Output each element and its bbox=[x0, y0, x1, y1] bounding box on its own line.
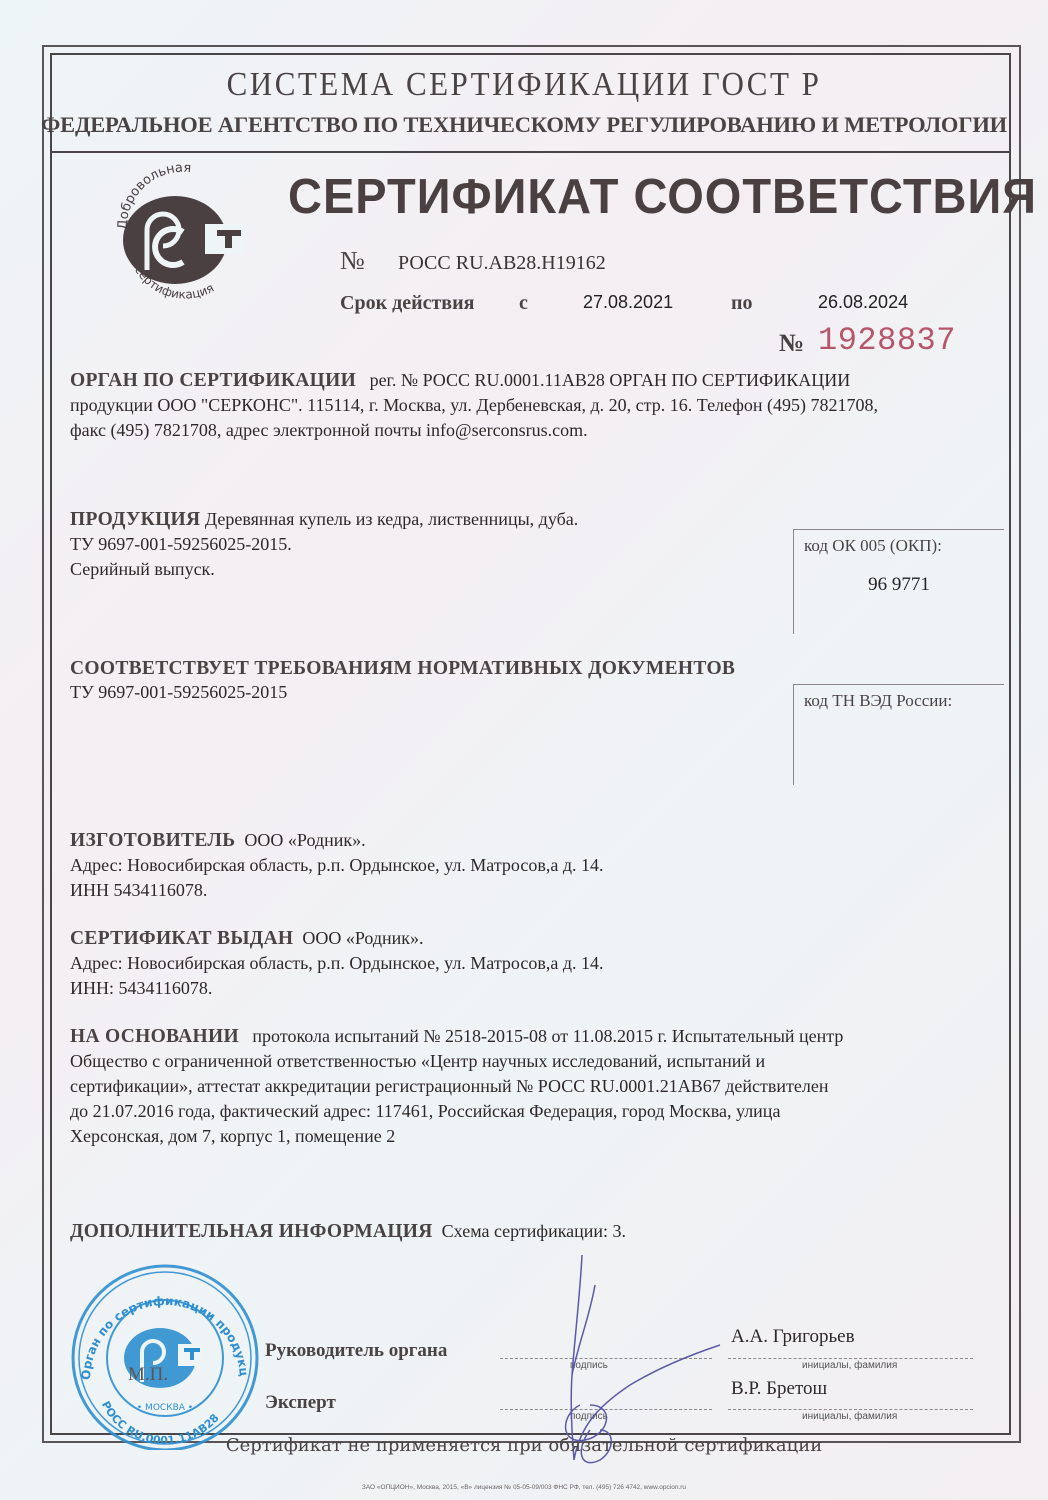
okp-code-value: 96 9771 bbox=[794, 574, 1004, 596]
header-divider bbox=[50, 151, 1011, 153]
certification-body-line1: рег. № РОСС RU.0001.11АВ28 ОРГАН ПО СЕРТ… bbox=[370, 370, 851, 390]
additional-info-label: ДОПОЛНИТЕЛЬНАЯ ИНФОРМАЦИЯ bbox=[70, 1221, 433, 1242]
product-spec: ТУ 9697-001-59256025-2015. bbox=[70, 532, 790, 557]
official-seal-icon: Орган по сертификации продукции ООО "СЕР… bbox=[60, 1260, 270, 1450]
additional-info-section: ДОПОЛНИТЕЛЬНАЯ ИНФОРМАЦИЯ Схема сертифик… bbox=[70, 1219, 870, 1244]
tnved-code-box: код ТН ВЭД России: bbox=[793, 684, 1004, 785]
basis-label: НА ОСНОВАНИИ bbox=[70, 1026, 239, 1047]
printer-imprint: ЗАО «ОПЦИОН», Москва, 2015, «В» лицензия… bbox=[0, 1484, 1048, 1491]
voluntary-certification-note: Сертификат не применяется при обязательн… bbox=[0, 1435, 1048, 1456]
conformity-document: ТУ 9697-001-59256025-2015 bbox=[70, 680, 790, 705]
head-name: А.А. Григорьев bbox=[731, 1326, 855, 1348]
basis-line3: сертификации», аттестат аккредитации рег… bbox=[70, 1074, 1005, 1099]
expert-name: В.Р. Бретош bbox=[731, 1378, 827, 1400]
valid-from-date: 27.08.2021 bbox=[583, 292, 673, 313]
certification-body-line3: факс (495) 7821708, адрес электронной по… bbox=[70, 418, 1005, 443]
issued-to-section: СЕРТИФИКАТ ВЫДАН ООО «Родник». Адрес: Но… bbox=[70, 926, 790, 1001]
issued-to-label: СЕРТИФИКАТ ВЫДАН bbox=[70, 928, 293, 949]
okp-code-label: код ОК 005 (ОКП): bbox=[794, 530, 1004, 556]
svg-text:• МОСКВА •: • МОСКВА • bbox=[137, 1403, 193, 1413]
basis-section: НА ОСНОВАНИИ протокола испытаний № 2518-… bbox=[70, 1024, 1005, 1149]
basis-line4: до 21.07.2016 года, фактический адрес: 1… bbox=[70, 1099, 1005, 1124]
expert-name-caption: инициалы, фамилия bbox=[802, 1411, 897, 1422]
okp-code-box: код ОК 005 (ОКП): 96 9771 bbox=[793, 529, 1004, 634]
manufacturer-name: ООО «Родник». bbox=[244, 830, 365, 850]
product-description: Деревянная купель из кедра, лиственницы,… bbox=[205, 509, 578, 529]
basis-line5: Херсонская, дом 7, корпус 1, помещение 2 bbox=[70, 1124, 1005, 1149]
form-number-sign: № bbox=[779, 330, 804, 358]
issued-to-inn: ИНН: 5434116078. bbox=[70, 976, 790, 1001]
manufacturer-label: ИЗГОТОВИТЕЛЬ bbox=[70, 830, 235, 851]
rst-logo-icon: Добровольная сертификация bbox=[113, 162, 253, 302]
validity-label: Срок действия bbox=[340, 292, 474, 315]
valid-to-date: 26.08.2024 bbox=[818, 292, 908, 313]
certification-system-title: СИСТЕМА СЕРТИФИКАЦИИ ГОСТ Р bbox=[0, 64, 1048, 104]
form-serial-number: 1928837 bbox=[818, 322, 956, 359]
conformity-label: СООТВЕТСТВУЕТ ТРЕБОВАНИЯМ НОРМАТИВНЫХ ДО… bbox=[70, 658, 790, 680]
head-of-body-label: Руководитель органа bbox=[265, 1340, 447, 1362]
certificate-title: СЕРТИФИКАТ СООТВЕТСТВИЯ bbox=[288, 167, 1037, 225]
issued-to-address: Адрес: Новосибирская область, р.п. Ордын… bbox=[70, 951, 790, 976]
validity-from-word: с bbox=[519, 292, 528, 315]
product-release-type: Серийный выпуск. bbox=[70, 557, 790, 582]
basis-line2: Общество с ограниченной ответственностью… bbox=[70, 1049, 1005, 1074]
head-name-caption: инициалы, фамилия bbox=[802, 1360, 897, 1371]
product-section: ПРОДУКЦИЯ Деревянная купель из кедра, ли… bbox=[70, 507, 790, 582]
certification-body-line2: продукции ООО "СЕРКОНС". 115114, г. Моск… bbox=[70, 393, 1005, 418]
federal-agency-title: ФЕДЕРАЛЬНОЕ АГЕНТСТВО ПО ТЕХНИЧЕСКОМУ РЕ… bbox=[0, 112, 1048, 138]
manufacturer-address: Адрес: Новосибирская область, р.п. Ордын… bbox=[70, 853, 790, 878]
conformity-section: СООТВЕТСТВУЕТ ТРЕБОВАНИЯМ НОРМАТИВНЫХ ДО… bbox=[70, 658, 790, 705]
seal-place-label: М.П. bbox=[128, 1364, 168, 1386]
number-sign: № bbox=[340, 246, 365, 276]
manufacturer-section: ИЗГОТОВИТЕЛЬ ООО «Родник». Адрес: Новоси… bbox=[70, 828, 790, 903]
basis-line1: протокола испытаний № 2518-2015-08 от 11… bbox=[252, 1026, 843, 1046]
registration-number: РОСС RU.АВ28.Н19162 bbox=[398, 252, 606, 275]
certification-body-label: ОРГАН ПО СЕРТИФИКАЦИИ bbox=[70, 370, 356, 391]
tnved-code-label: код ТН ВЭД России: bbox=[794, 685, 1004, 711]
product-label: ПРОДУКЦИЯ bbox=[70, 509, 200, 530]
head-name-line bbox=[728, 1358, 973, 1359]
certification-scheme: Схема сертификации: 3. bbox=[442, 1221, 626, 1241]
validity-to-word: по bbox=[731, 292, 753, 315]
issued-to-name: ООО «Родник». bbox=[302, 928, 423, 948]
manufacturer-inn: ИНН 5434116078. bbox=[70, 878, 790, 903]
certification-body-section: ОРГАН ПО СЕРТИФИКАЦИИ рег. № РОСС RU.000… bbox=[70, 368, 1005, 443]
expert-name-line bbox=[728, 1409, 973, 1410]
expert-label: Эксперт bbox=[265, 1392, 336, 1414]
